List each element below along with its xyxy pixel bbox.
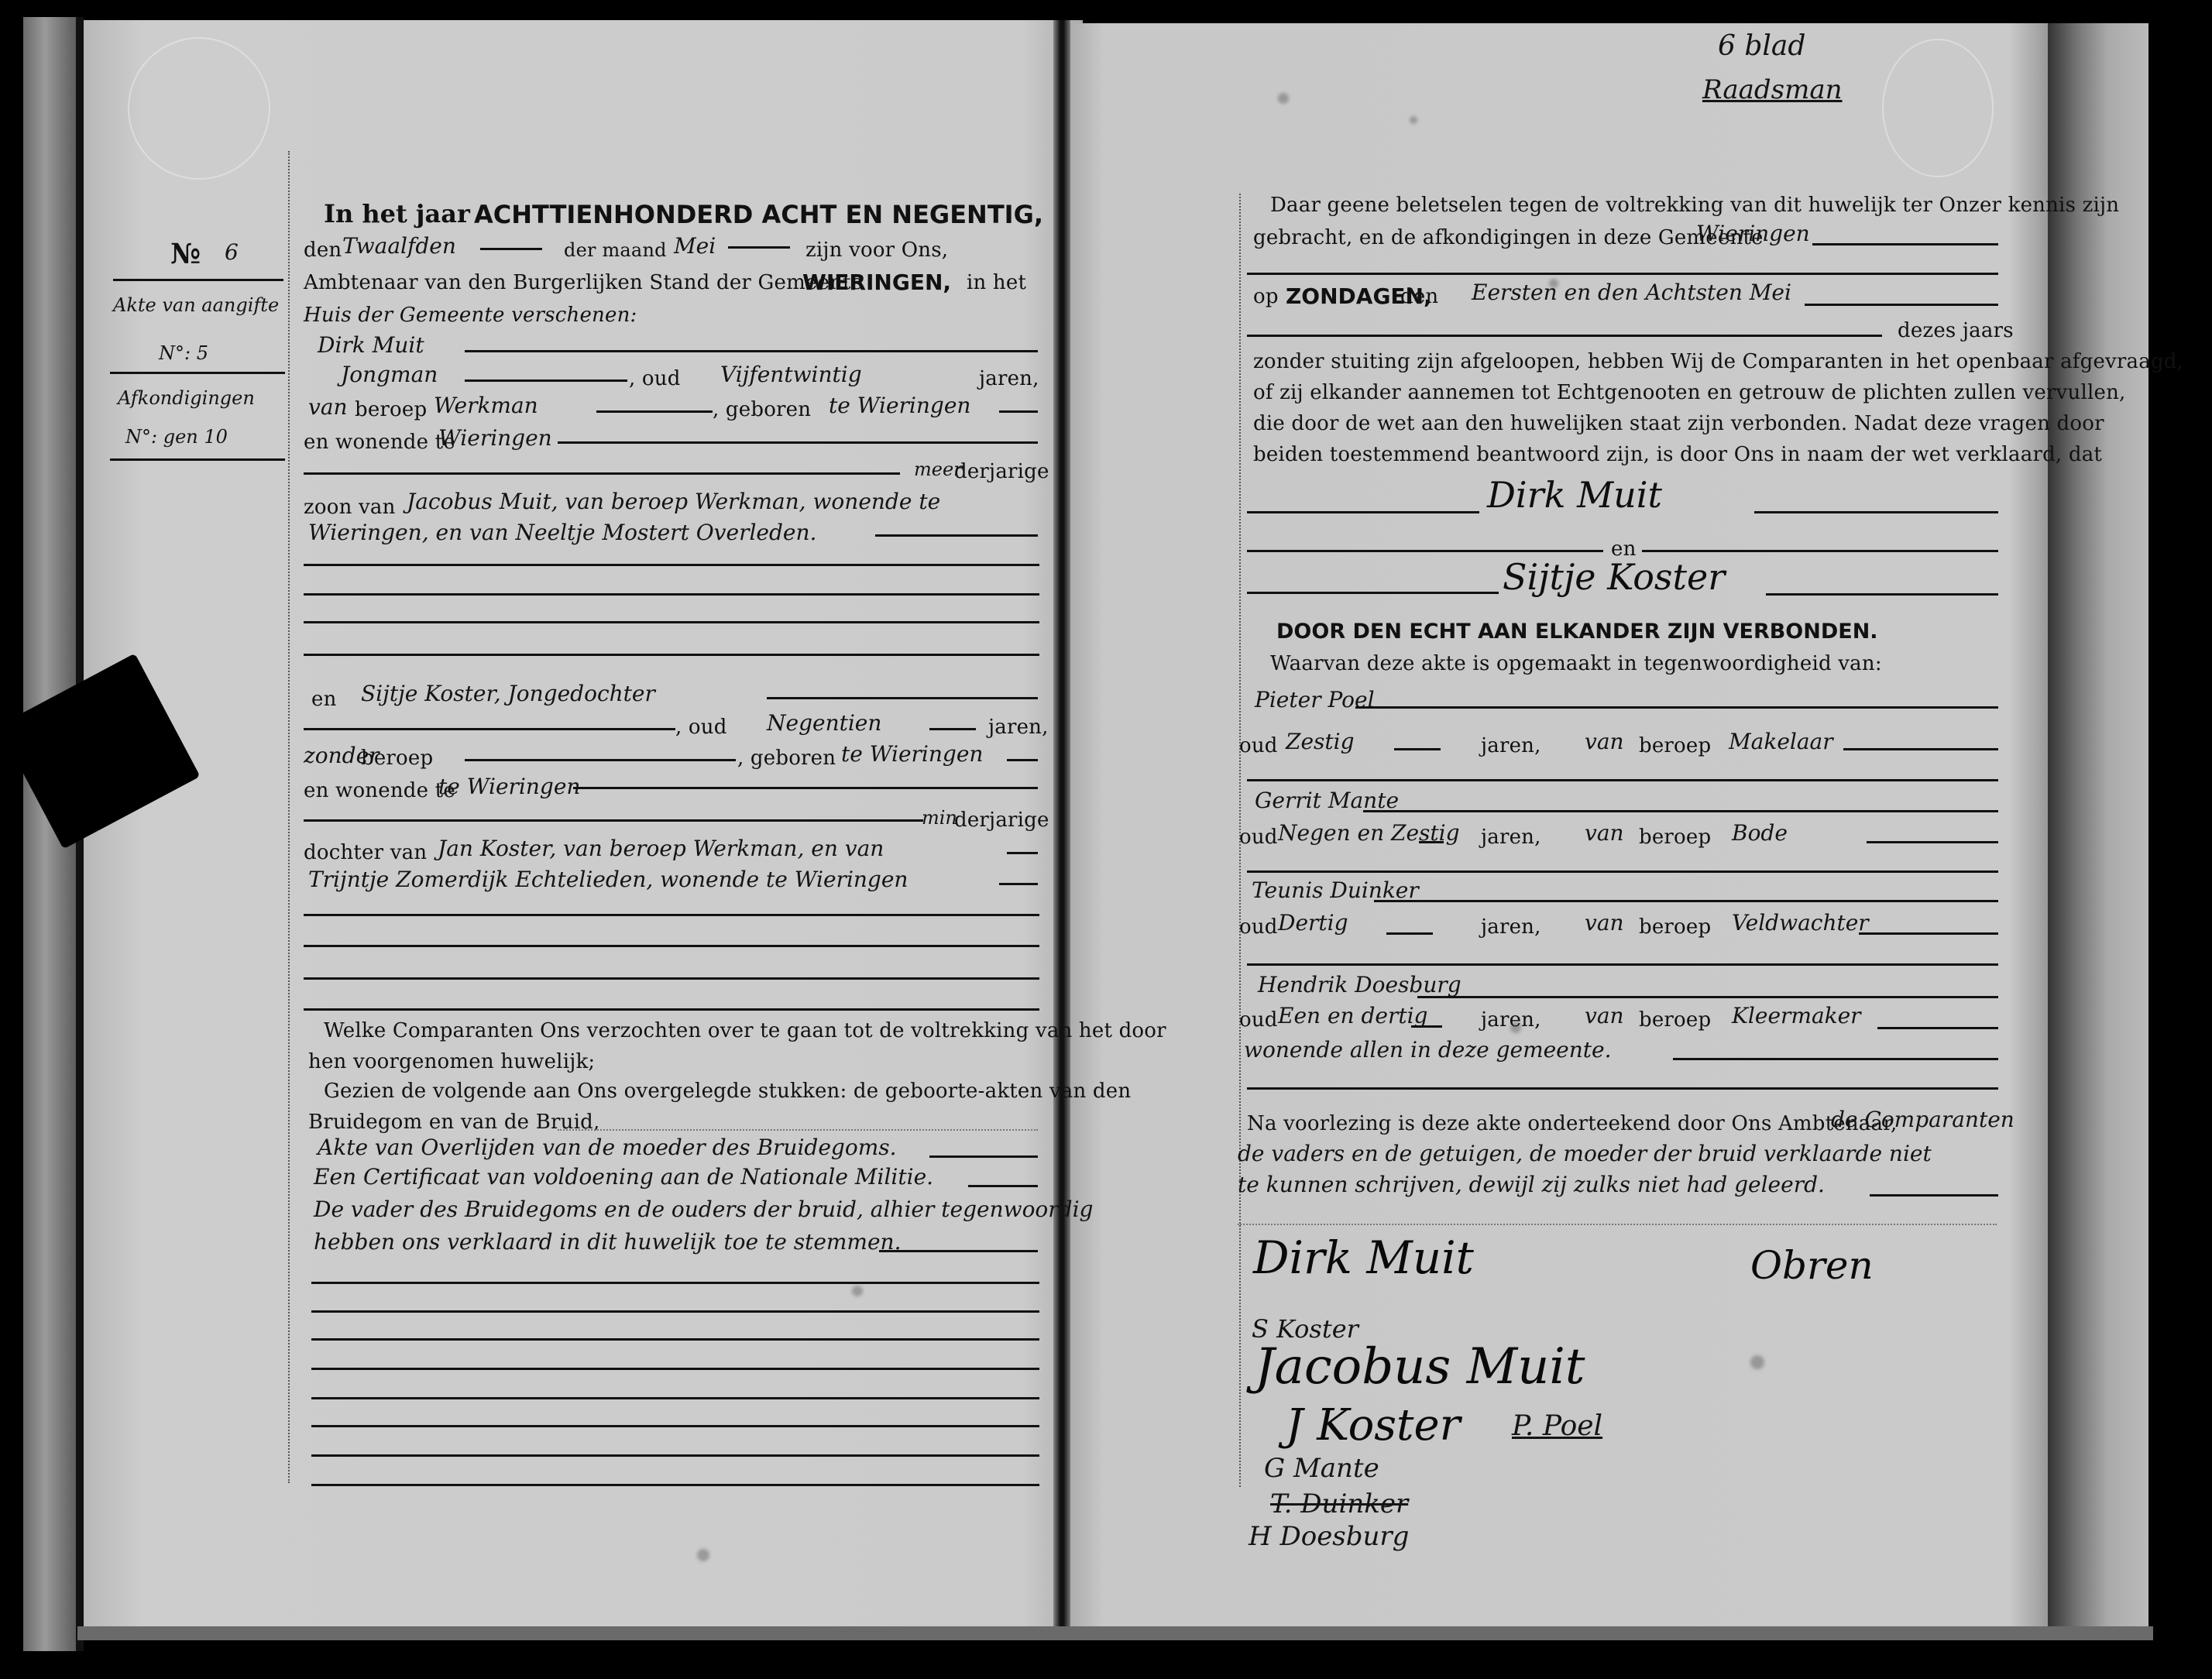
fill-rule (304, 977, 1039, 980)
label-der-maand: der maand (564, 239, 667, 262)
fill-rule (1805, 304, 1998, 306)
fill-rule (304, 914, 1039, 916)
label-beroep: beroep (1639, 915, 1711, 939)
label-beroep: beroep (355, 398, 427, 421)
fill-rule (1642, 550, 1998, 552)
fill-rule (311, 1338, 1039, 1341)
fill-rule (999, 883, 1038, 885)
fill-rule (304, 621, 1039, 623)
fill-rule (1859, 932, 1998, 935)
witness-occupation: Makelaar (1729, 730, 1833, 754)
label-oud: oud (1239, 915, 1278, 939)
record-number: 6 (225, 240, 239, 265)
label-dezes-jaars: dezes jaars (1898, 319, 2014, 342)
fill-rule (1867, 841, 1998, 843)
label-beroep: beroep (361, 747, 433, 770)
label-oud: , oud (629, 367, 681, 390)
witness-age: Zestig (1286, 730, 1355, 754)
fill-rule (480, 248, 542, 250)
fill-rule (1247, 779, 1998, 781)
fill-rule (728, 246, 790, 249)
afkondiging-place: Wieringen (1696, 221, 1810, 246)
body-line: beiden toestemmend beantwoord zijn, is d… (1253, 443, 2102, 466)
label-wonende: en wonende te (304, 431, 455, 454)
fill-rule (311, 1368, 1039, 1370)
label-den: den (304, 239, 342, 262)
label-beroep: beroep (1639, 826, 1711, 849)
label-jaren: jaren, (988, 716, 1049, 739)
signature-groom-father: Jacobus Muit (1255, 1338, 1585, 1396)
closing-hand-2: de vaders en de getuigen, de moeder der … (1238, 1142, 1932, 1166)
daar-line-1: Daar geene beletselen tegen de voltrekki… (1270, 194, 2119, 217)
signature-witness-3: T. Duinker (1270, 1492, 1408, 1516)
label-jaren: jaren, (1481, 734, 1541, 757)
fill-rule (304, 945, 1039, 947)
groom-residence: Wieringen (438, 426, 552, 451)
document-item: De vader des Bruidegoms en de ouders der… (314, 1197, 1093, 1222)
body-line: of zij elkander aannemen tot Echtgenoote… (1253, 381, 2126, 404)
fill-rule (1877, 1027, 1998, 1029)
fill-rule (1411, 1025, 1442, 1028)
fill-rule (1386, 932, 1433, 935)
stain (697, 1549, 709, 1561)
fill-rule (304, 564, 1039, 566)
bottom-edge (77, 1626, 2153, 1640)
witness-occupation: Veldwachter (1732, 911, 1869, 936)
fill-rule (311, 1454, 1039, 1457)
witness-occupation: Bode (1732, 821, 1788, 846)
witness-intro: Waarvan deze akte is opgemaakt in tegenw… (1270, 652, 1882, 675)
dotted-fill (1238, 1224, 1997, 1225)
fill-rule (1007, 759, 1038, 761)
label-den: den (1400, 285, 1438, 308)
fill-rule (311, 1425, 1039, 1427)
ambtenaar-text: Ambtenaar van den Burgerlijken Stand der… (304, 271, 863, 294)
margin-note-afkondigingen: Afkondigingen (118, 386, 255, 410)
groom-status: Jongman (341, 362, 438, 387)
fill-rule (1247, 511, 1479, 513)
fill-rule (311, 1282, 1039, 1284)
fill-rule (465, 759, 736, 761)
record-number-label: № (170, 240, 201, 268)
fill-rule (968, 1185, 1038, 1187)
label-wonende: en wonende te (304, 779, 455, 802)
corner-note-blad: 6 blad (1718, 34, 1805, 59)
fill-rule (304, 654, 1039, 656)
fill-rule (1394, 748, 1441, 750)
document-item: Akte van Overlijden van de moeder des Br… (318, 1135, 897, 1160)
fill-rule (573, 787, 1038, 789)
label-jaren: jaren, (1481, 826, 1541, 849)
bride-parents-line2: Trijntje Zomerdijk Echtelieden, wonende … (308, 867, 908, 892)
body-line: die door de wet aan den huwelijken staat… (1253, 412, 2104, 435)
gezien-line-1: Gezien de volgende aan Ons overgelegde s… (324, 1080, 1131, 1103)
label-jaren: jaren, (979, 367, 1039, 390)
label-in-het: in het (967, 271, 1026, 294)
label-dochter-van: dochter van (304, 841, 427, 864)
margin-rule (113, 279, 283, 281)
label-oud: oud (1239, 734, 1278, 757)
groom-van: van (308, 395, 348, 420)
fill-rule (1766, 593, 1998, 596)
fill-rule (1673, 1058, 1998, 1060)
witness-occupation: Kleermaker (1732, 1004, 1861, 1028)
fill-rule (875, 534, 1038, 537)
groom-name-declared: Dirk Muit (1487, 474, 1662, 516)
fill-rule (1247, 550, 1603, 552)
label-jaren: jaren, (1481, 1008, 1541, 1032)
groom-parents-line1: Jacobus Muit, van beroep Werkman, wonend… (407, 489, 940, 514)
fill-rule (304, 819, 923, 822)
margin-note-afk-number: N°: gen 10 (125, 424, 228, 449)
fill-rule (1247, 335, 1882, 337)
closing-hand-1: de Comparanten (1831, 1107, 2014, 1132)
margin-rule (110, 372, 285, 374)
margin-rule (110, 458, 285, 461)
fill-rule (311, 1397, 1039, 1399)
stain (1410, 116, 1417, 124)
embossed-seal-right (1882, 39, 1994, 177)
label-zijn-voor-ons: zijn voor Ons, (805, 239, 948, 262)
fill-rule (465, 350, 1038, 352)
bride-majority-prefix: min (922, 805, 957, 830)
label-oud: oud (1239, 1008, 1278, 1032)
label-beroep: beroep (1639, 1008, 1711, 1032)
label-geboren: , geboren (737, 747, 836, 770)
municipality-name: WIERINGEN, (802, 270, 951, 295)
fill-rule (1247, 870, 1998, 873)
bride-birthplace: te Wieringen (841, 742, 983, 767)
witness-van: van (1585, 821, 1624, 846)
gezien-line-2: Bruidegom en van de Bruid, (308, 1111, 599, 1134)
fill-rule (304, 728, 675, 730)
fill-rule (1374, 900, 1998, 902)
heading-year: ACHTTIENHONDERD ACHT EN NEGENTIG, (474, 200, 1043, 229)
signature-bride-father: J Koster (1286, 1400, 1460, 1451)
request-line-1: Welke Comparanten Ons verzochten over te… (324, 1019, 1166, 1042)
margin-note-akte: Akte van aangifte (113, 293, 279, 318)
huis-text: Huis der Gemeente verschenen: (304, 304, 637, 327)
signature-witness-2: G Mante (1264, 1456, 1379, 1481)
signature-groom: Dirk Muit (1253, 1231, 1474, 1284)
closing-hand-3: te kunnen schrijven, dewijl zij zulks ni… (1238, 1173, 1825, 1197)
label-oud: oud (1239, 826, 1278, 849)
fill-rule (558, 441, 1038, 444)
witness-name: Pieter Poel (1255, 688, 1375, 712)
corner-note-signature: Raadsman (1702, 77, 1843, 102)
body-line: zonder stuiting zijn afgeloopen, hebben … (1253, 350, 2183, 373)
groom-parents-line2: Wieringen, en van Neeltje Mostert Overle… (308, 520, 816, 545)
fill-rule (304, 472, 900, 475)
fill-rule (879, 1250, 1038, 1252)
fill-rule (1843, 748, 1998, 750)
margin-divider-left (288, 151, 290, 1483)
label-derjarige: derjarige (954, 460, 1049, 483)
label-geboren: , geboren (713, 398, 811, 421)
proclamation-dates: Eersten en den Achtsten Mei (1472, 280, 1791, 305)
fill-rule (311, 1484, 1039, 1486)
fill-rule (1754, 511, 1998, 513)
fill-rule (1419, 841, 1444, 843)
fill-rule (1247, 963, 1998, 966)
fill-rule (999, 410, 1038, 413)
signature-witness-1: P. Poel (1512, 1414, 1602, 1439)
fill-rule (767, 697, 1038, 699)
witness-name: Hendrik Doesburg (1258, 973, 1461, 997)
fill-rule (929, 728, 976, 730)
witness-age: Dertig (1278, 911, 1348, 936)
label-zoon-van: zoon van (304, 496, 396, 519)
closing-print: Na voorlezing is deze akte onderteekend … (1247, 1112, 1897, 1135)
document-item: hebben ons verklaard in dit huwelijk toe… (314, 1230, 902, 1255)
witness-van: van (1585, 911, 1624, 936)
fill-rule (1247, 273, 1998, 275)
fill-rule (304, 593, 1039, 596)
bride-residence: te Wieringen (438, 774, 580, 799)
groom-name: Dirk Muit (318, 333, 424, 358)
label-derjarige: derjarige (954, 809, 1049, 832)
request-line-2: hen voorgenomen huwelijk; (308, 1050, 595, 1073)
fill-rule (1870, 1194, 1998, 1197)
witness-van: van (1585, 1004, 1624, 1028)
fill-rule (304, 1008, 1039, 1011)
fill-rule (596, 410, 713, 413)
right-page-edge (2048, 23, 2148, 1634)
fill-rule (311, 1310, 1039, 1313)
day-value: Twaalfden (342, 234, 456, 259)
witness-residence-note: wonende allen in deze gemeente. (1244, 1038, 1612, 1063)
fill-rule (1007, 852, 1038, 854)
fill-rule (929, 1155, 1038, 1158)
witness-age: Een en dertig (1278, 1004, 1427, 1028)
bride-name-declared: Sijtje Koster (1503, 556, 1725, 598)
groom-occupation: Werkman (434, 393, 538, 418)
dotted-fill (558, 1129, 1038, 1131)
margin-note-number: N°: 5 (159, 341, 208, 366)
fill-rule (1247, 592, 1499, 594)
stain (852, 1286, 863, 1296)
witness-van: van (1585, 730, 1624, 754)
label-en: en (311, 688, 337, 711)
center-gutter (1053, 20, 1070, 1639)
fill-rule (1417, 996, 1998, 998)
label-beroep: beroep (1639, 734, 1711, 757)
fill-rule (1355, 706, 1998, 709)
bride-parents-line1: Jan Koster, van beroep Werkman, en van (438, 836, 884, 861)
fill-rule (1363, 810, 1998, 812)
fill-rule (465, 379, 627, 382)
daar-line-2: gebracht, en de afkondigingen in deze Ge… (1253, 226, 1764, 249)
groom-age: Vijfentwintig (720, 362, 862, 387)
embossed-seal-left (128, 37, 270, 180)
groom-birthplace: te Wieringen (829, 393, 970, 418)
month-value: Mei (674, 234, 716, 259)
declaration-heading: DOOR DEN ECHT AAN ELKANDER ZIJN VERBONDE… (1276, 620, 1878, 644)
document-item: Een Certificaat van voldoening aan de Na… (314, 1165, 933, 1190)
signature-witness-4: H Doesburg (1249, 1524, 1409, 1549)
bride-name: Sijtje Koster, Jongedochter (361, 682, 655, 706)
bride-age: Negentien (767, 711, 881, 736)
stain (1750, 1355, 1764, 1369)
fill-rule (1247, 1087, 1998, 1090)
signature-official: Obren (1750, 1243, 1874, 1288)
stain (1278, 93, 1289, 104)
fill-rule (1812, 243, 1998, 245)
heading-prefix: In het jaar (324, 200, 470, 228)
label-oud: , oud (675, 716, 727, 739)
label-op: op (1253, 285, 1279, 308)
label-jaren: jaren, (1481, 915, 1541, 939)
